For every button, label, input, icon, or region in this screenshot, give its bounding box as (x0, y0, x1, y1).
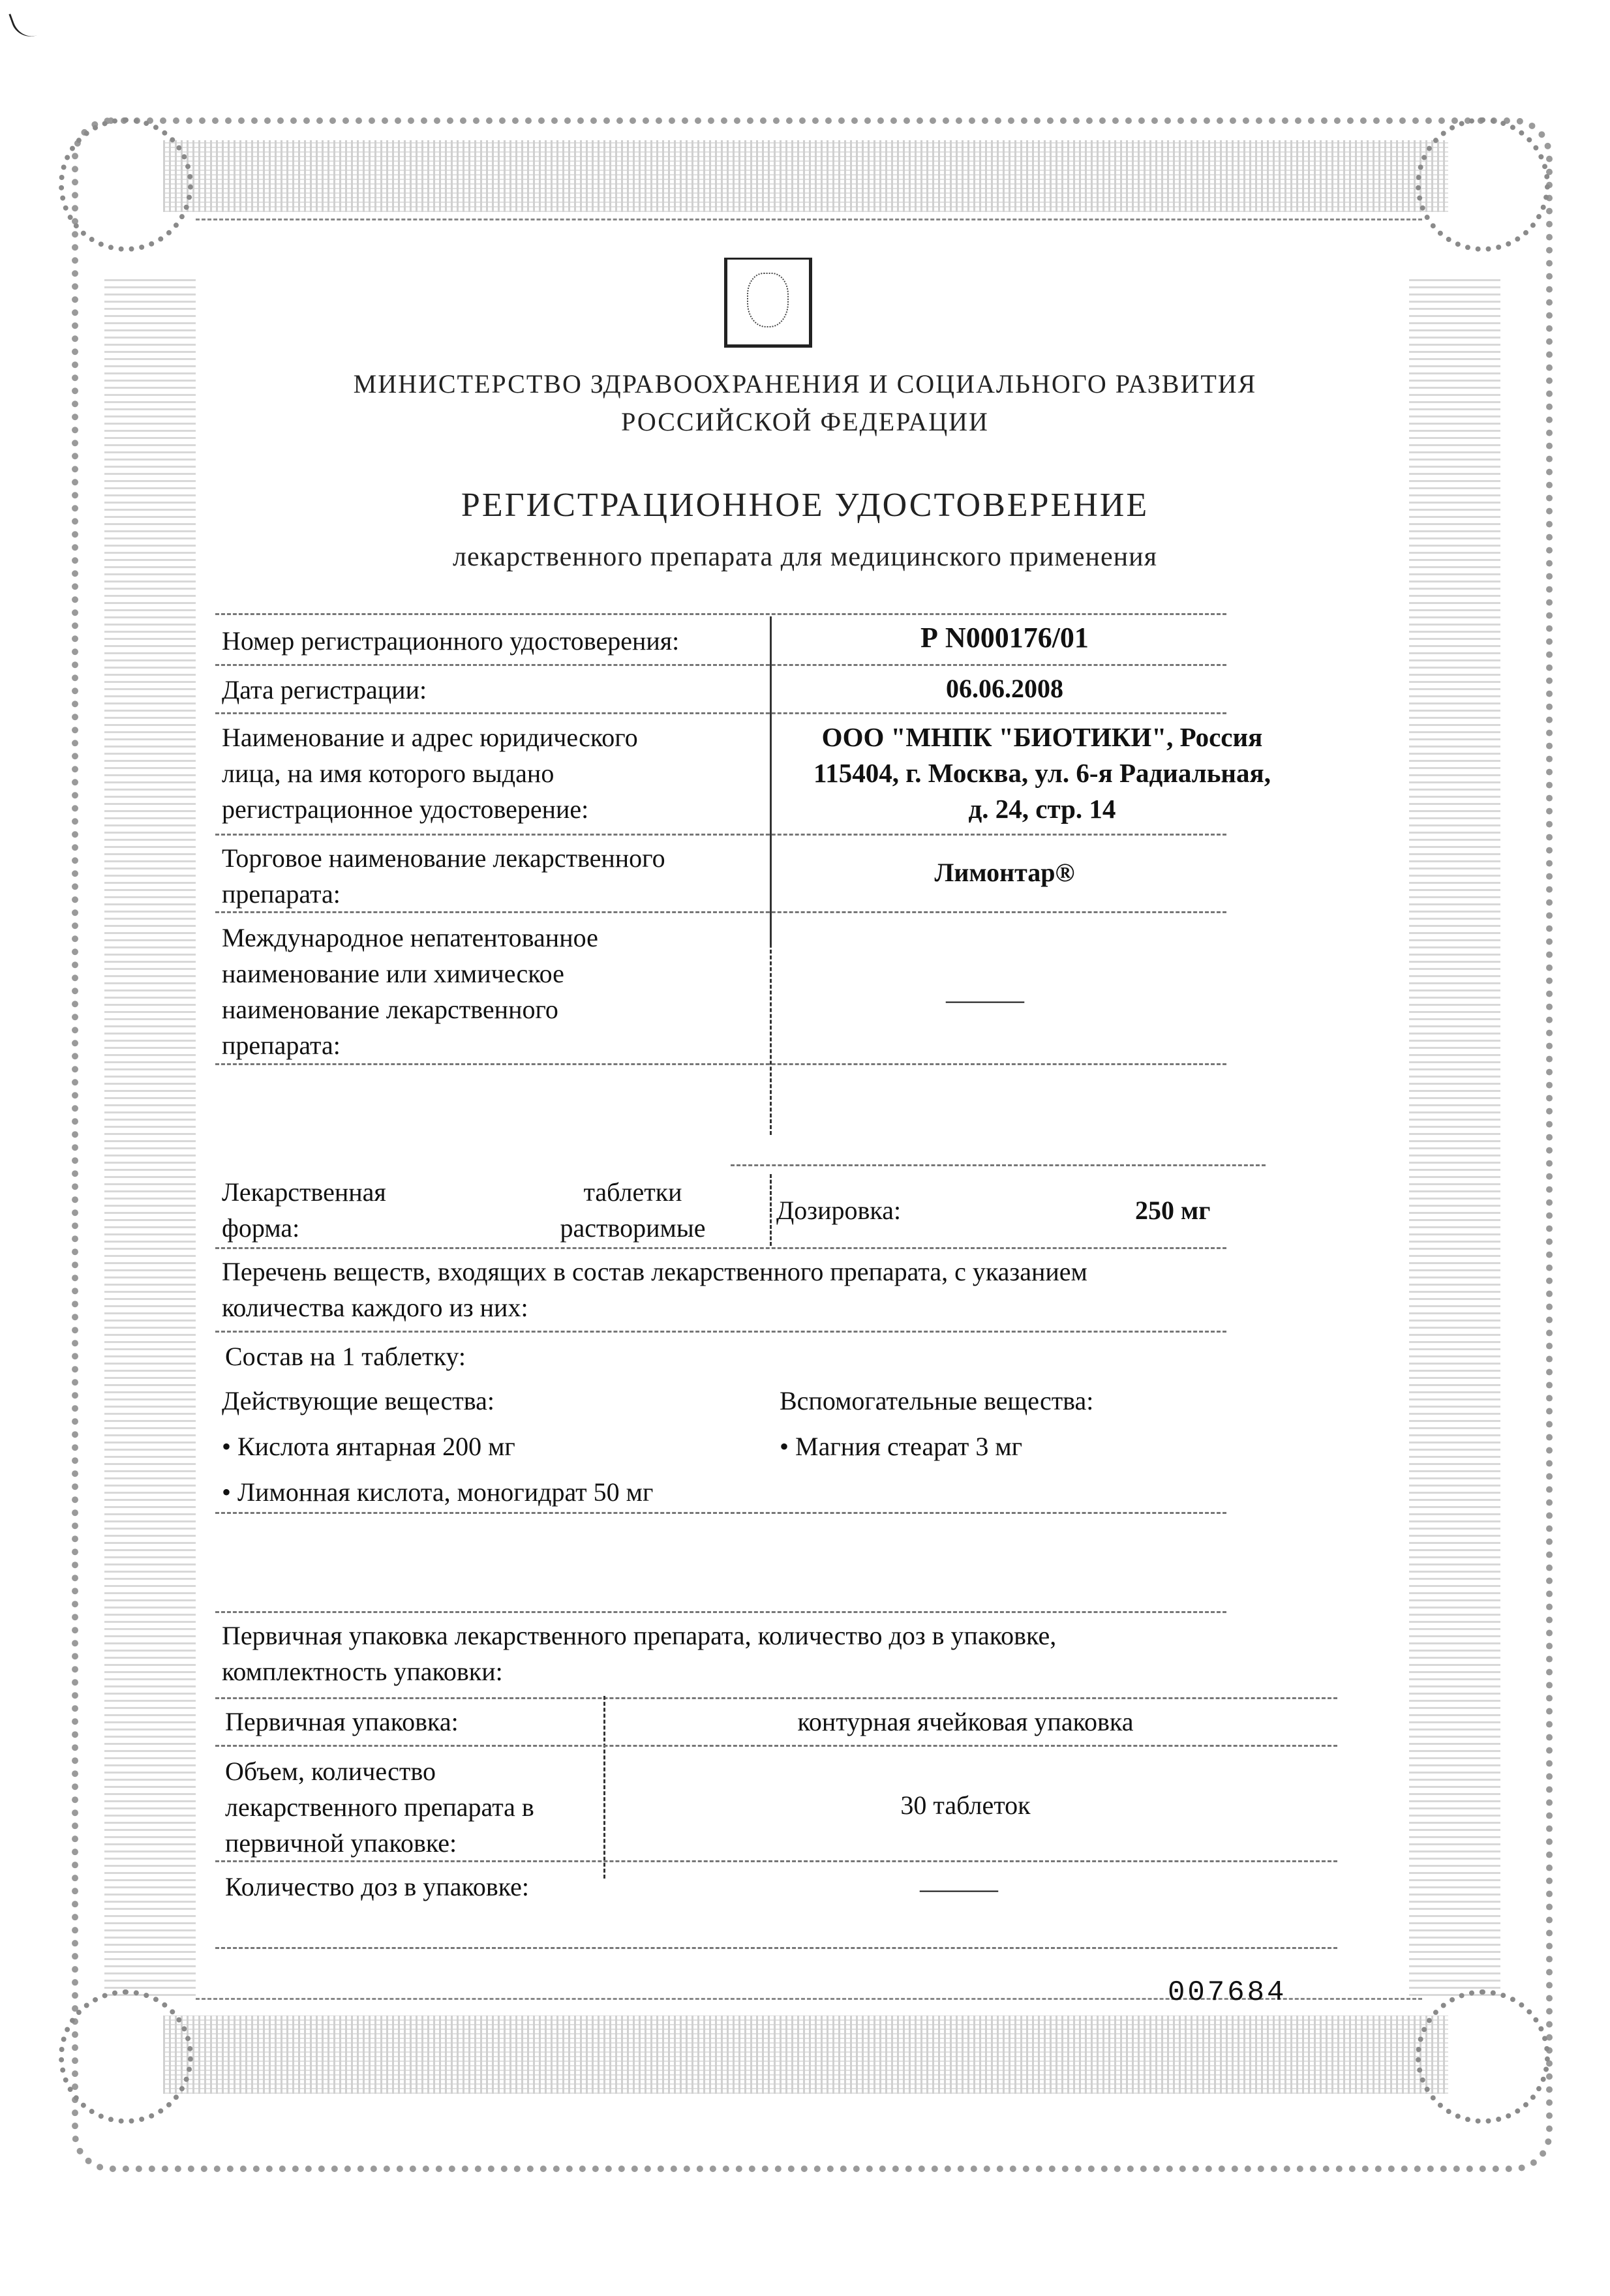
divider (215, 1860, 1337, 1862)
composition-per-unit: Состав на 1 таблетку: (225, 1338, 466, 1374)
doses-label: Количество доз в упаковке: (225, 1869, 529, 1905)
form-serial-number: 007684 (1168, 1976, 1286, 2009)
divider (215, 1947, 1337, 1949)
divider (215, 1063, 1226, 1065)
reg-number-label: Номер регистрационного удостоверения: (222, 623, 679, 659)
corner-rosette-icon (1416, 117, 1550, 252)
divider (215, 1611, 1226, 1613)
divider (215, 1697, 1337, 1699)
excipients-label: Вспомогательные вещества: (780, 1383, 1093, 1419)
divider (215, 664, 1226, 666)
scan-mark (8, 7, 38, 42)
reg-number-value: Р N000176/01 (776, 620, 1233, 656)
divider (215, 613, 1226, 615)
corner-rosette-icon (59, 117, 193, 252)
issuer-line-2: РОССИЙСКОЙ ФЕДЕРАЦИИ (0, 403, 1610, 441)
divider (215, 1745, 1337, 1747)
column-divider (603, 1696, 605, 1879)
issuer-name: МИНИСТЕРСТВО ЗДРАВООХРАНЕНИЯ И СОЦИАЛЬНО… (0, 365, 1610, 441)
column-divider (770, 926, 772, 1135)
divider (215, 712, 1226, 714)
dosage-value: 250 мг (1135, 1192, 1210, 1228)
dosage-form-label: Лекарственная форма: (222, 1174, 386, 1246)
volume-value: 30 таблеток (613, 1787, 1318, 1823)
corner-rosette-icon (1416, 1989, 1550, 2124)
active-substance-item: • Лимонная кислота, моногидрат 50 мг (222, 1474, 653, 1510)
eagle-icon (747, 273, 789, 327)
active-substance-item: • Кислота янтарная 200 мг (222, 1428, 515, 1464)
inn-value: ——— (776, 982, 1194, 1018)
doses-value: ——— (874, 1871, 1044, 1907)
dosage-label: Дозировка: (776, 1192, 901, 1228)
composition-heading: Перечень веществ, входящих в состав лека… (222, 1254, 1087, 1325)
reg-date-value: 06.06.2008 (776, 671, 1233, 706)
active-substances-label: Действующие вещества: (222, 1383, 494, 1419)
holder-value: ООО "МНПК "БИОТИКИ", Россия 115404, г. М… (776, 719, 1308, 827)
divider (215, 911, 1226, 913)
coat-of-arms-icon (724, 258, 812, 348)
primary-packaging-value: контурная ячейковая упаковка (613, 1704, 1318, 1740)
trade-name-value: Лимонтар® (776, 854, 1233, 890)
primary-packaging-label: Первичная упаковка: (225, 1704, 459, 1740)
corner-rosette-icon (59, 1989, 193, 2124)
divider (731, 1164, 1266, 1166)
issuer-line-1: МИНИСТЕРСТВО ЗДРАВООХРАНЕНИЯ И СОЦИАЛЬНО… (0, 365, 1610, 403)
inn-label: Международное непатентованное наименован… (222, 920, 598, 1063)
excipient-item: • Магния стеарат 3 мг (780, 1428, 1022, 1464)
packaging-heading: Первичная упаковка лекарственного препар… (222, 1618, 1056, 1689)
column-divider (770, 1174, 772, 1246)
document-subtitle: лекарственного препарата для медицинског… (0, 541, 1610, 573)
divider (215, 1331, 1226, 1333)
trade-name-label: Торговое наименование лекарственного пре… (222, 840, 665, 912)
volume-label: Объем, количество лекарственного препара… (225, 1753, 534, 1861)
document-title: РЕГИСТРАЦИОННОЕ УДОСТОВЕРЕНИЕ (0, 486, 1610, 524)
holder-label: Наименование и адрес юридического лица, … (222, 719, 638, 827)
divider (215, 1512, 1226, 1514)
divider (215, 834, 1226, 836)
divider (215, 1247, 1226, 1249)
dosage-form-value: таблетки растворимые (535, 1174, 731, 1246)
reg-date-label: Дата регистрации: (222, 672, 427, 708)
